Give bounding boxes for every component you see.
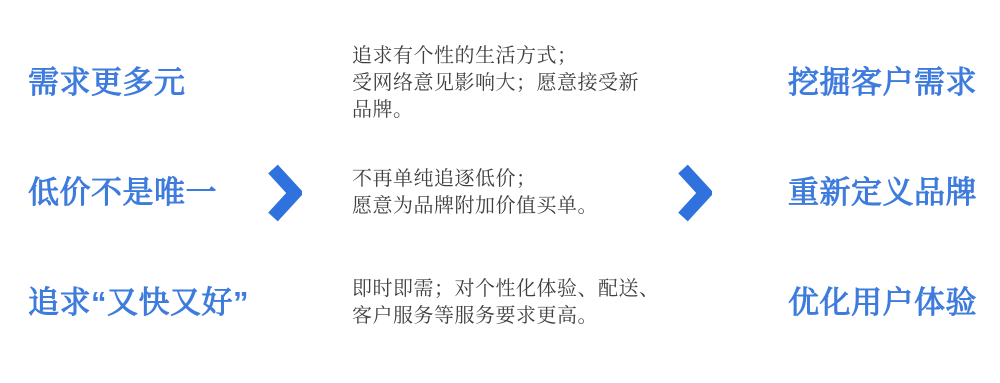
strategy-cell: 挖掘客户需求	[788, 28, 1000, 138]
chevron-right-icon	[678, 164, 712, 222]
strategy-title: 挖掘客户需求	[788, 65, 977, 101]
diagram-grid: 需求更多元 追求有个性的生活方式； 受网络意见影响大；愿意接受新 品牌。 挖掘客…	[0, 0, 1000, 383]
strategy-cell: 优化用户体验	[788, 248, 1000, 358]
middle-to-right-arrow	[678, 138, 712, 248]
description-line: 追求有个性的生活方式；	[352, 43, 639, 70]
description-line: 愿意为品牌附加价值买单。	[352, 193, 598, 220]
consumer-trait-cell: 追求“又快又好”	[28, 248, 260, 358]
strategy-cell: 重新定义品牌	[788, 138, 1000, 248]
trait-description: 不再单纯追逐低价； 愿意为品牌附加价值买单。	[352, 138, 670, 248]
description-line: 即时即需；对个性化体验、配送、	[352, 276, 660, 303]
description-line: 受网络意见影响大；愿意接受新	[352, 70, 639, 97]
chevron-right-icon	[268, 164, 302, 222]
consumer-trait-cell: 需求更多元	[28, 28, 260, 138]
consumer-trait-cell: 低价不是唯一	[28, 138, 260, 248]
consumer-trait-title: 需求更多元	[28, 65, 186, 101]
left-to-middle-arrow	[268, 138, 302, 248]
description-line: 客户服务等服务要求更高。	[352, 303, 660, 330]
description-line: 不再单纯追逐低价；	[352, 166, 598, 193]
strategy-title: 重新定义品牌	[788, 175, 977, 211]
trait-description: 追求有个性的生活方式； 受网络意见影响大；愿意接受新 品牌。	[352, 28, 670, 138]
trait-description: 即时即需；对个性化体验、配送、 客户服务等服务要求更高。	[352, 248, 670, 358]
strategy-title: 优化用户体验	[788, 285, 977, 321]
consumer-trait-title: 追求“又快又好”	[28, 285, 249, 321]
comparison-diagram: 需求更多元 追求有个性的生活方式； 受网络意见影响大；愿意接受新 品牌。 挖掘客…	[0, 0, 1000, 383]
consumer-trait-title: 低价不是唯一	[28, 175, 217, 211]
description-line: 品牌。	[352, 97, 639, 124]
